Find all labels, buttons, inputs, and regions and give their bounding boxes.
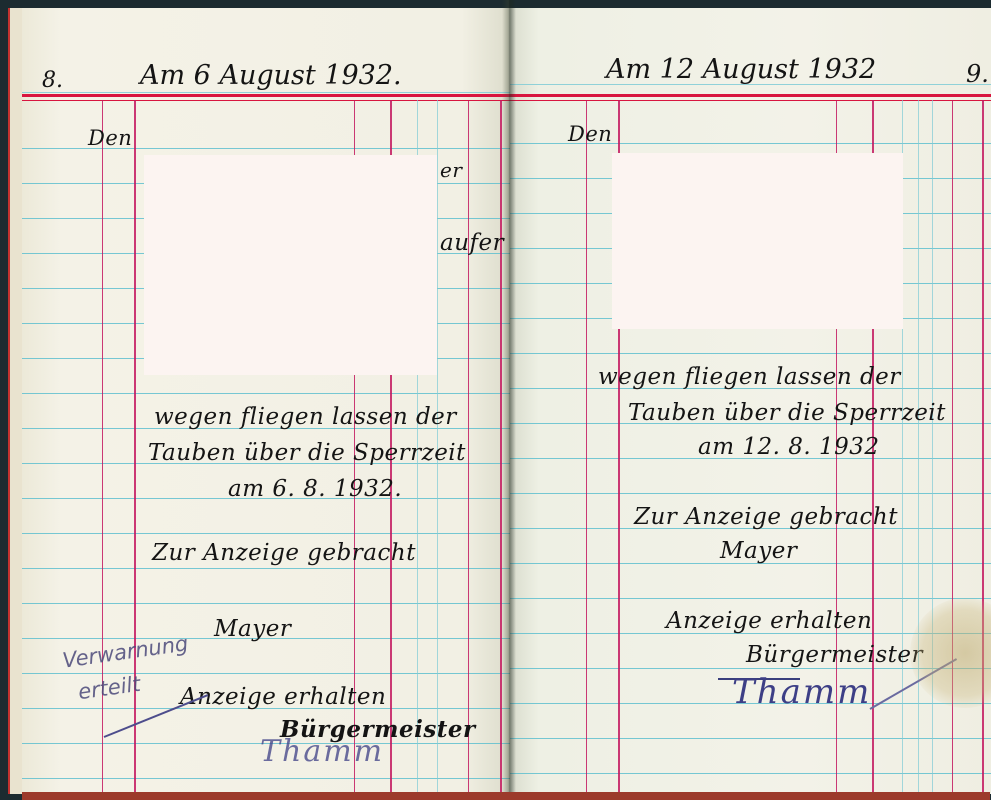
- header-baseline: [22, 92, 510, 93]
- redaction-box: [144, 155, 437, 375]
- text-fragment: er: [440, 158, 462, 182]
- entry-date-header: Am 12 August 1932: [606, 54, 876, 85]
- body-line: wegen fliegen lassen der: [154, 404, 457, 430]
- right-page: Am 12 August 1932 9. Den wegen fliegen l…: [510, 8, 991, 794]
- signature: Thamm: [732, 672, 871, 712]
- text-fragment: aufer: [440, 230, 504, 256]
- header-rule: [510, 94, 991, 97]
- received-line: Anzeige erhalten: [180, 684, 386, 710]
- received-line: Anzeige erhalten: [666, 608, 872, 634]
- report-line: Zur Anzeige gebracht: [152, 540, 416, 566]
- salutation: Den: [568, 122, 612, 146]
- ledger-book: 8. Am 6 August 1932. Den er aufer wegen …: [8, 0, 991, 800]
- column-rule: [468, 100, 469, 794]
- reporter-name: Mayer: [214, 616, 291, 642]
- body-line: am 6. 8. 1932.: [228, 476, 402, 502]
- column-rule: [586, 100, 587, 794]
- report-line: Zur Anzeige gebracht: [634, 504, 898, 530]
- header-rule: [22, 94, 510, 97]
- signature: Thamm: [260, 734, 384, 769]
- left-page: 8. Am 6 August 1932. Den er aufer wegen …: [22, 8, 510, 794]
- book-gutter: [502, 0, 516, 800]
- water-stain: [910, 598, 991, 708]
- page-number: 8.: [42, 68, 63, 93]
- redaction-box: [612, 153, 903, 329]
- pencil-underline-stroke: [104, 694, 209, 738]
- book-bottom-edge: [22, 792, 990, 800]
- reporter-name: Mayer: [720, 538, 797, 564]
- column-rule: [918, 100, 919, 794]
- body-line: wegen fliegen lassen der: [598, 364, 901, 390]
- margin-note: erteilt: [77, 672, 142, 704]
- salutation: Den: [88, 126, 132, 150]
- page-number: 9.: [966, 60, 989, 88]
- body-line: Tauben über die Sperrzeit: [148, 440, 466, 466]
- body-line: am 12. 8. 1932: [698, 434, 880, 460]
- received-title: Bürgermeister: [746, 642, 923, 668]
- body-line: Tauben über die Sperrzeit: [628, 400, 946, 426]
- entry-date-header: Am 6 August 1932.: [140, 60, 402, 91]
